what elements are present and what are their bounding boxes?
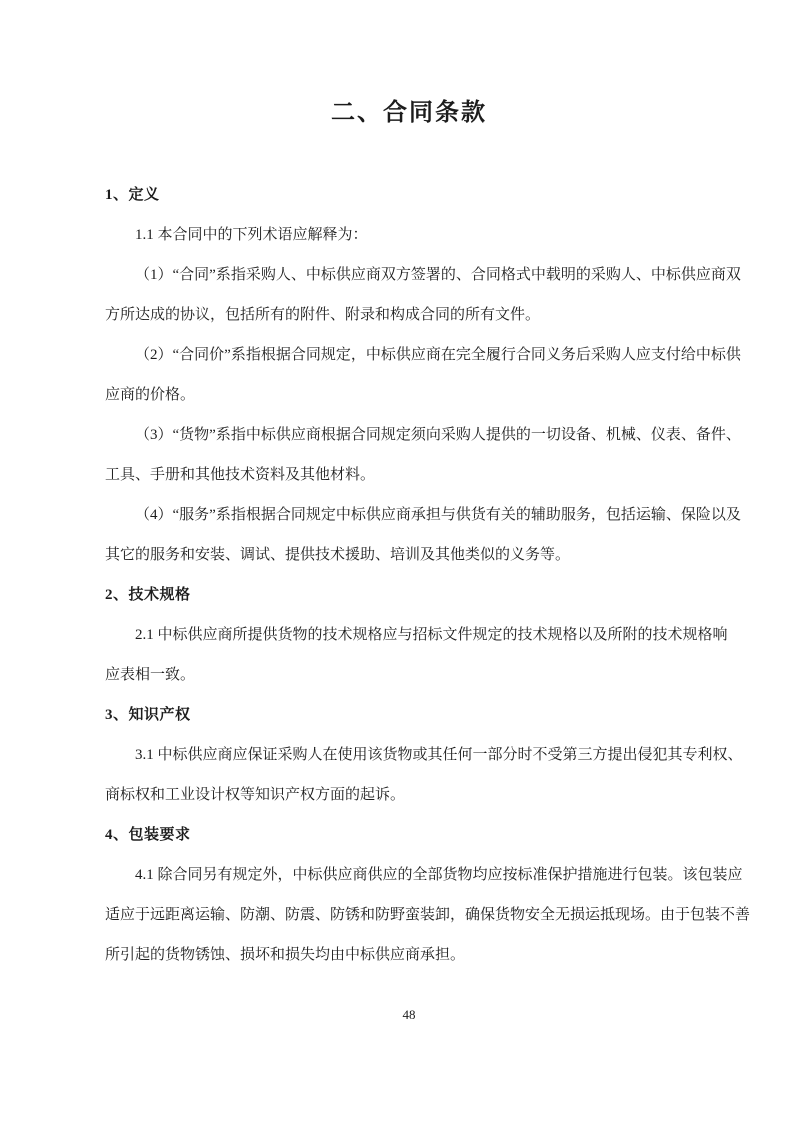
paragraph-line: （3）“货物”系指中标供应商根据合同规定须向采购人提供的一切设备、机械、仪表、备… [105, 415, 713, 455]
paragraph-line: 应商的价格。 [105, 375, 713, 415]
paragraph-line: 4.1 除合同另有规定外，中标供应商供应的全部货物均应按标准保护措施进行包装。该… [105, 855, 713, 895]
section-heading: 4、包装要求 [105, 815, 713, 855]
paragraph-line: 所引起的货物锈蚀、损坏和损失均由中标供应商承担。 [105, 935, 713, 975]
section-heading: 3、知识产权 [105, 695, 713, 735]
paragraph-line: 商标权和工业设计权等知识产权方面的起诉。 [105, 775, 713, 815]
paragraph-line: 工具、手册和其他技术资料及其他材料。 [105, 455, 713, 495]
paragraph-line: （2）“合同价”系指根据合同规定，中标供应商在完全履行合同义务后采购人应支付给中… [105, 335, 713, 375]
contract-terms-page: 二、合同条款 1、定义 1.1 本合同中的下列术语应解释为： （1）“合同”系指… [0, 0, 793, 1123]
section-definitions: 1、定义 1.1 本合同中的下列术语应解释为： （1）“合同”系指采购人、中标供… [105, 175, 713, 575]
section-heading: 2、技术规格 [105, 575, 713, 615]
section-intellectual-property: 3、知识产权 3.1 中标供应商应保证采购人在使用该货物或其任何一部分时不受第三… [105, 695, 713, 815]
paragraph-line: 应表相一致。 [105, 655, 713, 695]
paragraph-line: 1.1 本合同中的下列术语应解释为： [105, 215, 713, 255]
section-technical-specs: 2、技术规格 2.1 中标供应商所提供货物的技术规格应与招标文件规定的技术规格以… [105, 575, 713, 695]
paragraph-line: 3.1 中标供应商应保证采购人在使用该货物或其任何一部分时不受第三方提出侵犯其专… [105, 735, 713, 775]
paragraph-line: （4）“服务”系指根据合同规定中标供应商承担与供货有关的辅助服务，包括运输、保险… [105, 495, 713, 535]
paragraph-line: 其它的服务和安装、调试、提供技术援助、培训及其他类似的义务等。 [105, 535, 713, 575]
section-heading: 1、定义 [105, 175, 713, 215]
paragraph-line: 2.1 中标供应商所提供货物的技术规格应与招标文件规定的技术规格以及所附的技术规… [105, 615, 713, 655]
page-footer: 48 [105, 1005, 713, 1025]
paragraph-line: （1）“合同”系指采购人、中标供应商双方签署的、合同格式中载明的采购人、中标供应… [105, 255, 713, 295]
section-packaging-requirements: 4、包装要求 4.1 除合同另有规定外，中标供应商供应的全部货物均应按标准保护措… [105, 815, 713, 975]
page-number: 48 [403, 1007, 416, 1022]
paragraph-line: 适应于远距离运输、防潮、防震、防锈和防野蛮装卸，确保货物安全无损运抵现场。由于包… [105, 895, 713, 935]
page-title: 二、合同条款 [105, 93, 713, 133]
document-body: 1、定义 1.1 本合同中的下列术语应解释为： （1）“合同”系指采购人、中标供… [105, 175, 713, 975]
paragraph-line: 方所达成的协议，包括所有的附件、附录和构成合同的所有文件。 [105, 295, 713, 335]
